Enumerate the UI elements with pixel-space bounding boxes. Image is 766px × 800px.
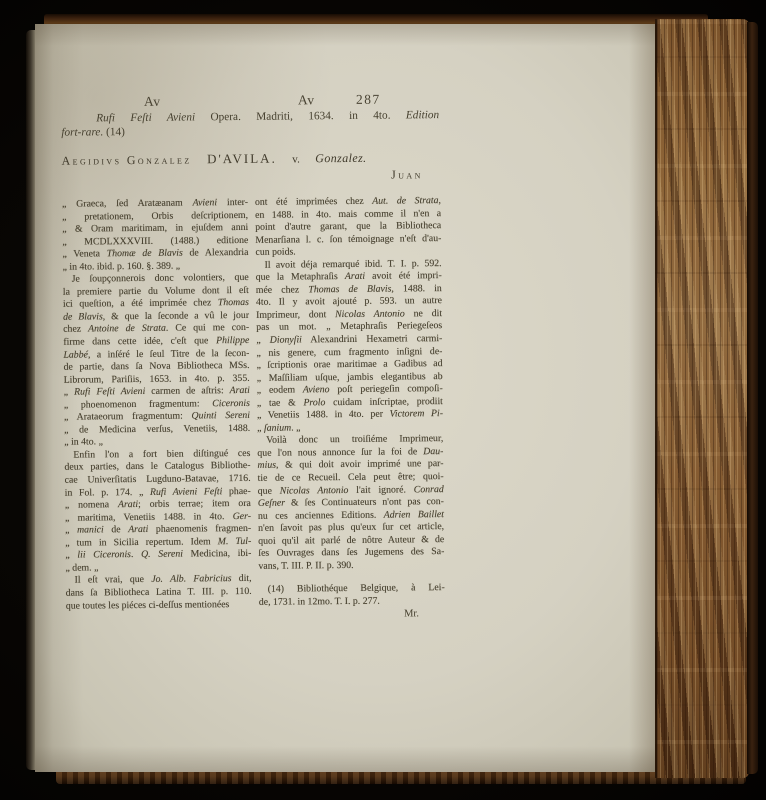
roman-text: . „ — [291, 422, 300, 433]
roman-text: Voilà donc un troiſiéme Imprimeur, — [266, 433, 443, 446]
italic-text: Quinti Sereni — [191, 410, 250, 422]
roman-text: (14) Bibliothéque Belgique, à Lei- — [268, 582, 445, 595]
italic-text: Victorem Pi- — [390, 408, 444, 420]
text-line: ſes Ouvrages dans ſes Jugemens des Sa- — [258, 546, 444, 560]
italic-text: Rufi Feſti Avieni — [96, 111, 195, 124]
roman-text: ont été imprimées chez — [255, 196, 372, 208]
italic-text: Ger- — [233, 511, 251, 522]
text-line: Menarſiana l. c. ſon témoignage n'eſt d'… — [255, 233, 441, 247]
catchword: Mr. — [259, 608, 435, 621]
text-line: (14) Bibliothéque Belgique, à Lei- — [259, 582, 445, 596]
roman-text: chez — [63, 324, 88, 335]
roman-text: „ pretationem, Orbis deſcriptionem, — [62, 209, 248, 222]
roman-text: ici queſtion, a été imprimée chez — [63, 298, 218, 310]
roman-text: „ Venetiis 1488. in 4to. per — [257, 409, 390, 421]
roman-text: que — [258, 485, 280, 496]
roman-text: „ in 4to. „ — [64, 437, 103, 448]
roman-text: Alexandrini Hexametri carmi- — [302, 333, 443, 345]
text-line: que toutes les piéces ci-deſſus mentioné… — [66, 598, 252, 612]
roman-text: 4to. Il y avoit ajouté p. 593. un autre — [256, 295, 442, 308]
italic-text: M. Tul- — [218, 536, 252, 547]
cross-ref-intro: v. — [292, 153, 300, 165]
roman-text: „ nis genere, cum fragmento inſigni de- — [256, 346, 442, 359]
roman-text: „ maritima, Venetiis 1488. in 4to. — [65, 511, 233, 524]
roman-text: deux parties, dans le Catalogus Biblioth… — [64, 460, 250, 473]
roman-text: Il avoit déja remarqué ibid. T. I. p. 59… — [265, 258, 442, 271]
roman-text: „ dem. „ — [65, 562, 98, 573]
roman-text: „ Arataeorum fragmentum: — [64, 411, 192, 423]
roman-text: pas un mot. „ Metaphraſis Periegeſeos — [256, 321, 442, 334]
roman-text: carmen de aſtris: — [145, 385, 229, 397]
roman-text: , a inſéré le ſeul Titre de la ſecon- — [88, 347, 250, 360]
headnote-line-2: fort-rare. (14) — [61, 126, 125, 139]
book-cover-edge — [747, 22, 758, 774]
roman-text: , & qui doit avoir imprimé une par- — [276, 459, 444, 472]
text-line: „ Veneta Thomæ de Blavis de Alexandria — [62, 247, 248, 261]
italic-text: Jo. Alb. Fabricius — [151, 574, 231, 586]
entry-heading: Aegidivs Gonzalez D'AVILA. v. Gonzalez. — [61, 150, 366, 169]
roman-text: ; orbis terrae; item ora — [138, 498, 251, 510]
roman-text: ſes Ouvrages dans ſes Jugemens des Sa- — [258, 546, 444, 559]
roman-text: „ in 4to. ibid. p. 160. §. 389. „ — [63, 260, 181, 272]
roman-text: phaenomenis fragmen- — [148, 523, 251, 535]
roman-text: inter- — [217, 197, 248, 208]
roman-text: in Fol. p. 174. „ — [65, 486, 150, 498]
italic-text: Rufi Avieni Feſti — [150, 486, 223, 498]
roman-text: cun poids. — [255, 247, 295, 258]
roman-text: , & que la ſeconde a vû le jour — [103, 310, 249, 322]
italic-text: Philippe — [216, 335, 249, 346]
italic-text: lii Ciceronis — [77, 549, 131, 561]
roman-text: „ phoenomenon fragmentum: — [64, 398, 212, 410]
italic-text: Thomas de Blavis — [308, 283, 391, 295]
italic-text: Nicolas Antonio — [335, 308, 405, 320]
roman-text: de, 1731. in 12mo. T. I. p. 277. — [259, 596, 380, 608]
roman-text: „ eodem — [257, 385, 303, 396]
text-line: „ Venetiis 1488. in 4to. per Victorem Pi… — [257, 408, 443, 422]
roman-text: poſt periegeſin compoſi- — [329, 383, 442, 395]
page-content: Av Av 287 Rufi Feſti Avieni Opera. Madri… — [31, 21, 658, 775]
running-head-left: Av — [144, 94, 161, 110]
roman-text: , — [438, 195, 441, 206]
roman-text: „ de Medicina verſus, Venetiis, 1488. — [64, 423, 250, 436]
roman-text: „ & Oram maritimam, in ejuſdem anni — [62, 222, 248, 235]
roman-text: Medicina, ibi- — [183, 548, 252, 560]
italic-text: Avieno — [303, 384, 330, 395]
roman-text: quoi qu'il ait parlé de nôtre Auteur & d… — [258, 534, 444, 547]
roman-text: firme dans cette idée, c'eſt que — [63, 335, 216, 347]
roman-text: „ Maſſiliam uſque, jambis elegantibus ab — [257, 371, 443, 384]
roman-text: „ — [256, 335, 270, 346]
book-scan: Av Av 287 Rufi Feſti Avieni Opera. Madri… — [0, 0, 766, 800]
roman-text: mée chez — [256, 284, 309, 296]
roman-text: dans ſa Bibliotheca Latina T. III. p. 11… — [66, 586, 252, 599]
roman-text: de Alexandria — [183, 247, 249, 259]
italic-text: Avieni — [193, 197, 218, 208]
italic-text: Thomas — [218, 297, 249, 308]
book-fore-edge — [655, 19, 749, 778]
book-page: Av Av 287 Rufi Feſti Avieni Opera. Madri… — [35, 24, 655, 772]
italic-text: manici — [77, 525, 104, 536]
cross-ref-continuation: Juan — [333, 167, 423, 183]
italic-text: Thomæ de Blavis — [107, 248, 183, 260]
text-line: vans, T. III. P. II. p. 390. — [258, 559, 444, 573]
roman-text: „ tae & — [257, 397, 304, 408]
running-head-right: Av — [298, 92, 315, 108]
italic-text: Arati — [345, 271, 365, 282]
headnote-line-1: Rufi Feſti Avieni Opera. Madriti, 1634. … — [96, 109, 439, 124]
page-number: 287 — [356, 92, 381, 108]
roman-text: nu ces anciennes Editions. — [258, 509, 384, 521]
roman-text: que toutes les piéces ci-deſſus mentioné… — [66, 599, 230, 612]
italic-text: Ciceronis — [212, 398, 250, 409]
text-line: „ de Medicina verſus, Venetiis, 1488. — [64, 423, 250, 437]
roman-text: & ſes Continuateurs n'ont pas con- — [285, 496, 444, 509]
roman-text: cae Univerſitatis Lugduno-Batavae, 1716. — [65, 473, 251, 486]
roman-text: „ — [65, 525, 77, 536]
roman-text: que la Metaphraſis — [256, 271, 345, 283]
roman-text: cuidam inſcriptae, prodiit — [325, 396, 443, 408]
roman-text: , 1488. in — [391, 283, 442, 294]
entry-name-smallcaps: Aegidivs Gonzalez — [61, 152, 191, 168]
roman-text: n'en ſavoit pas plus qu'eux ſur cet arti… — [258, 521, 444, 534]
italic-text: Geſner — [258, 498, 285, 509]
italic-text: Arati — [118, 499, 138, 510]
roman-text: Librorum, Pariſiis, 1653. in 4to. p. 355… — [64, 373, 250, 386]
roman-text: avoit été impri- — [365, 270, 442, 282]
roman-text: . Ce qui me con- — [166, 322, 249, 334]
text-line: „ lii Ciceronis. Q. Sereni Medicina, ibi… — [65, 548, 251, 562]
italic-text: de Blavis — [63, 311, 103, 322]
entry-name-caps: D'AVILA. — [207, 151, 277, 168]
italic-text: ſanium — [264, 422, 291, 433]
italic-text: Edition — [406, 109, 439, 121]
italic-text: Arati — [128, 524, 148, 535]
roman-text: Il eſt vrai, que — [75, 574, 152, 586]
italic-text: Prolo — [303, 397, 325, 408]
italic-text: mius — [257, 460, 276, 471]
roman-text: „ nomena — [65, 499, 118, 511]
roman-text: dit, — [231, 573, 251, 584]
left-column: „ Graeca, ſed Aratæanam Avieni inter-„ p… — [62, 197, 252, 613]
roman-text: de — [104, 524, 129, 535]
italic-text: Adrien Baillet — [384, 509, 444, 521]
roman-text: vans, T. III. P. II. p. 390. — [258, 560, 353, 572]
roman-text: „ — [65, 550, 77, 561]
roman-text: Imprimeur, dont — [256, 309, 335, 321]
roman-text: „ Veneta — [62, 248, 106, 259]
italic-text: Dionyſii — [270, 334, 302, 345]
italic-text: Labbé — [63, 349, 88, 360]
italic-text: Antoine de Strata — [88, 323, 166, 335]
roman-text: en 1488. in 4to. mais comme il n'en a — [255, 208, 441, 221]
roman-text: „ ſcriptionis orae maritimae a Gadibus a… — [256, 358, 442, 371]
roman-text: „ MCDLXXXVIII. (1488.) editione — [62, 235, 248, 248]
roman-text: tie de ce Recueil. Cela peut être; quoi- — [258, 471, 444, 484]
italic-text: Arati — [230, 385, 250, 396]
roman-text: la premiere partie du Volume dont il eſt — [63, 285, 249, 298]
roman-text: Menarſiana l. c. ſon témoignage n'eſt d'… — [255, 233, 441, 246]
roman-text: point d'autre garant, que la Bibliotheca — [255, 220, 441, 233]
roman-text: Enfin l'on a fort bien diſtingué ces — [73, 448, 250, 461]
italic-text: Q. Sereni — [141, 549, 183, 560]
roman-text: (14) — [103, 126, 125, 138]
italic-text: fort-rare. — [61, 126, 103, 138]
roman-text: de partie, dans ſa Nova Bibliotheca MSs. — [63, 360, 249, 373]
roman-text: „ tum in Sicilia repertum. Idem — [65, 536, 218, 548]
roman-text: „ — [64, 387, 74, 398]
roman-text: l'ait ignoré. — [348, 484, 413, 496]
roman-text: phae- — [222, 485, 251, 496]
italic-text: Dau- — [423, 446, 443, 457]
roman-text: Opera. Madriti, 1634. in 4to. — [195, 109, 406, 123]
roman-text: que l'on nous annonce ſur la foi de — [257, 446, 423, 459]
text-line: de, 1731. in 12mo. T. I. p. 277. — [259, 595, 445, 609]
cross-ref-name: Gonzalez. — [315, 151, 366, 166]
roman-text: ne dit — [405, 308, 442, 319]
roman-text: . — [131, 549, 141, 560]
italic-text: Aut. de Strata — [372, 195, 438, 207]
right-column: ont été imprimées chez Aut. de Strata,en… — [255, 195, 445, 609]
italic-text: Nicolas Antonio — [280, 485, 349, 497]
italic-text: Conrad — [414, 484, 444, 495]
roman-text: „ Graeca, ſed Aratæanam — [62, 197, 193, 209]
roman-text: Je ſoupçonnerois donc volontiers, que — [72, 272, 249, 285]
italic-text: Rufi Feſti Avieni — [74, 386, 145, 398]
